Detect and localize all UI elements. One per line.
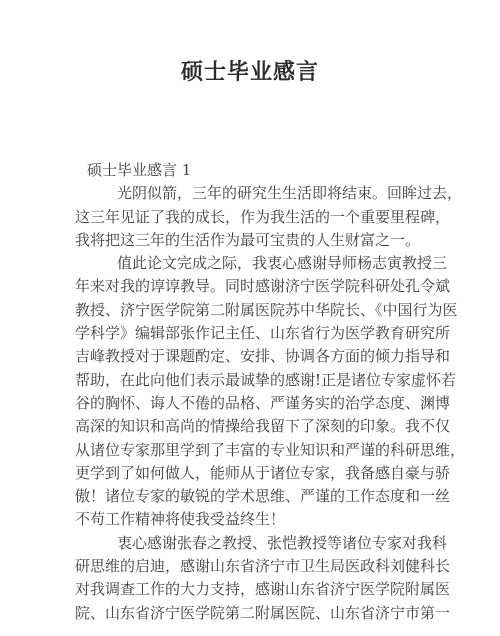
text-line: 吉峰教授对于课题酌定、安排、协调各方面的倾力指导和 [75,345,422,368]
paragraph-1: 光阴似箭，三年的研究生生活即将结束。回眸过去， 这三年见证了我的成长，作为我生活… [75,182,422,252]
document-page: 硕士毕业感言 硕士毕业感言 1 光阴似箭，三年的研究生生活即将结束。回眸过去， … [0,0,500,636]
text-line: 光阴似箭，三年的研究生生活即将结束。回眸过去， [75,182,422,205]
paragraph-3: 衷心感谢张春之教授、张恺教授等诸位专家对我科 研思维的启迪，感谢山东省济宁市卫生… [75,532,422,625]
text-line: 研思维的启迪，感谢山东省济宁市卫生局医政科刘健科长 [75,555,422,578]
text-line: 这三年见证了我的成长，作为我生活的一个重要里程碑， [75,206,422,229]
text-line: 院、山东省济宁医学院第二附属医院、山东省济宁市第一 [75,602,422,625]
document-title: 硕士毕业感言 [0,0,500,87]
text-line: 对我调查工作的大力支持，感谢山东省济宁医学院附属医 [75,578,422,601]
text-line: 我将把这三年的生活作为最可宝贵的人生财富之一。 [75,229,422,252]
text-line: 从诸位专家那里学到了丰富的专业知识和严谨的科研思维， [75,439,422,462]
text-line: 谷的胸怀、诲人不倦的品格、严谨务实的治学态度、渊博 [75,392,422,415]
text-line: 帮助，在此向他们表示最诚挚的感谢!正是诸位专家虚怀若 [75,369,422,392]
section-heading: 硕士毕业感言 1 [75,159,422,182]
text-line: 学科学》编辑部张作记主任、山东省行为医学教育研究所 [75,322,422,345]
text-line: 值此论文完成之际，我衷心感谢导师杨志寅教授三 [75,252,422,275]
text-line: 年来对我的谆谆教导。同时感谢济宁医学院科研处孔令斌 [75,275,422,298]
text-line: 傲！诸位专家的敏锐的学术思维、严谨的工作态度和一丝 [75,485,422,508]
document-body: 硕士毕业感言 1 光阴似箭，三年的研究生生活即将结束。回眸过去， 这三年见证了我… [0,159,500,625]
text-line: 衷心感谢张春之教授、张恺教授等诸位专家对我科 [75,532,422,555]
text-line: 高深的知识和高尚的情操给我留下了深刻的印象。我不仅 [75,415,422,438]
text-line: 更学到了如何做人，能师从于诸位专家，我备感自豪与骄 [75,462,422,485]
text-line: 教授、济宁医学院第二附属医院苏中华院长、《中国行为医 [75,299,422,322]
paragraph-2: 值此论文完成之际，我衷心感谢导师杨志寅教授三 年来对我的谆谆教导。同时感谢济宁医… [75,252,422,532]
text-line: 不苟工作精神将使我受益终生！ [75,508,422,531]
